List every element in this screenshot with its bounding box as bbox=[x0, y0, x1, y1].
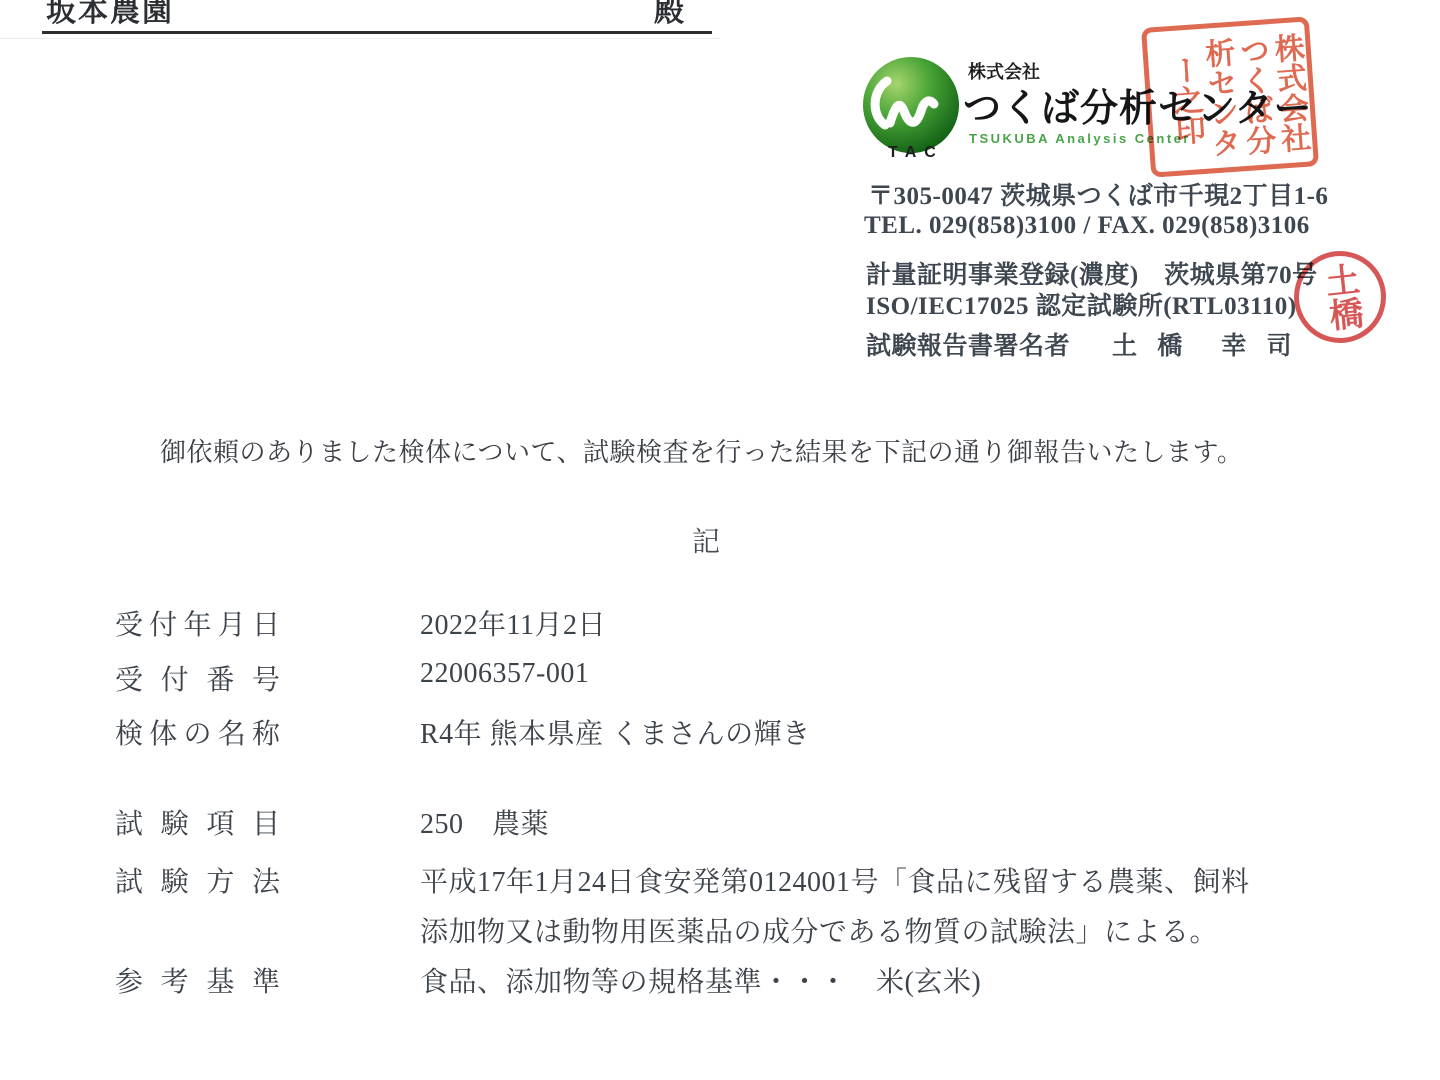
row-value-reference-standard: 食品、添加物等の規格基準・・・ 米(玄米) bbox=[420, 960, 981, 1000]
company-seal-stamp: 株式会社つくば分析センター之印 bbox=[1141, 16, 1319, 177]
recipient-line: 坂本農園 殿 bbox=[42, 0, 712, 34]
scan-artifact-line bbox=[0, 38, 720, 39]
row-label-reference-standard: 参考基準 bbox=[115, 960, 280, 1000]
row-label-sample-name: 検体の名称 bbox=[115, 712, 280, 752]
row-value-sample-name: R4年 熊本県産 くまさんの輝き bbox=[420, 712, 811, 752]
row-value-test-item: 250 農薬 bbox=[420, 802, 549, 842]
postal-address: 〒305-0047 茨城県つくば市千現2丁目1-6 bbox=[868, 176, 1328, 212]
signer-line: 試験報告書署名者土 橋 幸 司 bbox=[866, 326, 1299, 362]
record-marker: 記 bbox=[0, 520, 1412, 560]
tel-fax-line: TEL. 029(858)3100 / FAX. 029(858)3106 bbox=[864, 212, 1310, 240]
test-method-line-1: 平成17年1月24日食安発第0124001号「食品に残留する農薬、飼料 bbox=[420, 860, 1250, 910]
row-label-test-method: 試験方法 bbox=[115, 860, 280, 900]
recipient-name: 坂本農園 bbox=[46, 0, 174, 30]
row-value-reception-number: 22006357-001 bbox=[420, 658, 589, 690]
accreditation-line: ISO/IEC17025 認定試験所(RTL03110) bbox=[866, 286, 1297, 322]
logo-caption: TAC bbox=[874, 144, 958, 162]
test-report-document: 坂本農園 殿 TAC 株式会社 つくば分析センター TSUKUBA Analys… bbox=[0, 0, 1440, 1080]
row-value-reception-date: 2022年11月2日 bbox=[420, 603, 606, 643]
recipient-honorific: 殿 bbox=[654, 0, 686, 30]
row-value-test-method: 平成17年1月24日食安発第0124001号「食品に残留する農薬、飼料 添加物又… bbox=[420, 860, 1250, 960]
row-label-reception-date: 受付年月日 bbox=[115, 603, 280, 643]
row-label-test-item: 試験項目 bbox=[115, 802, 280, 842]
signer-label: 試験報告書署名者 bbox=[866, 333, 1070, 360]
row-label-reception-number: 受付番号 bbox=[115, 658, 280, 698]
test-method-line-2: 添加物又は動物用医薬品の成分である物質の試験法」による。 bbox=[420, 910, 1250, 960]
signer-name: 土 橋 幸 司 bbox=[1112, 333, 1299, 360]
intro-paragraph: 御依頼のありました検体について、試験検査を行った結果を下記の通り御報告いたします… bbox=[160, 432, 1280, 469]
